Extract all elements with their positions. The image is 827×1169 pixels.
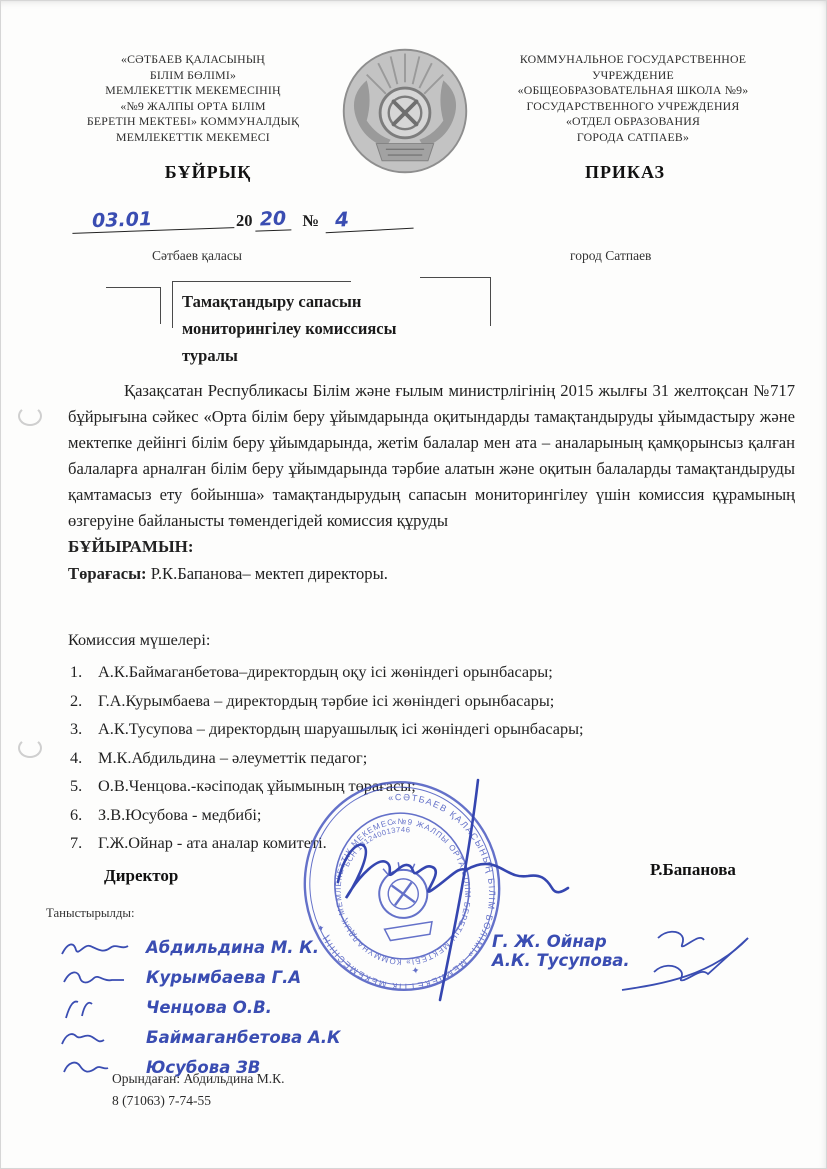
org-line: «ОТДЕЛ ОБРАЗОВАНИЯ (457, 114, 809, 130)
signature-scribble (58, 996, 138, 1027)
scan-artifact (18, 738, 42, 758)
handwritten-name: Ченцова О.В. (146, 998, 272, 1017)
director-name: Р.Бапанова (650, 860, 736, 880)
date-and-number-line: 03.012020№4 (72, 206, 413, 240)
acknowledgement-signatures-right: Г. Ж. Ойнар А.К. Тусупова. (492, 932, 752, 970)
handwritten-name: Абдильдина М. К. (146, 938, 319, 957)
org-line: «СӘТБАЕВ ҚАЛАСЫНЫҢ (48, 52, 338, 68)
place-russian: город Сатпаев (570, 248, 651, 264)
org-line: БЕРЕТІН МЕКТЕБІ» КОММУНАЛДЫҚ (48, 114, 338, 130)
commission-heading: Комиссия мүшелері: (68, 630, 795, 650)
chairman-line: Төрағасы: Р.К.Бапанова– мектеп директоры… (68, 561, 795, 587)
handwritten-date: 03.01 (72, 205, 235, 234)
signature-row: Курымбаева Г.А (58, 968, 388, 994)
commission-member: А.К.Тусупова – директордың шаруашылық іс… (68, 717, 795, 741)
org-line: ГОСУДАРСТВЕННОГО УЧРЕЖДЕНИЯ (457, 99, 809, 115)
acknowledgement-signatures-left: Абдильдина М. К. Курымбаева Г.А Ченцова … (58, 938, 388, 1088)
chairman-value: Р.К.Бапанова– мектеп директоры. (147, 564, 388, 583)
phone-line: 8 (71063) 7-74-55 (112, 1090, 285, 1112)
handwritten-name: Баймаганбетова А.К (146, 1028, 341, 1047)
document-title-kazakh: БҰЙРЫҚ (148, 162, 268, 183)
subject-line: туралы (182, 342, 482, 369)
subject-line: Тамақтандыру сапасын (182, 288, 482, 315)
handwritten-year-suffix: 20 (254, 207, 291, 231)
org-line: КОММУНАЛЬНОЕ ГОСУДАРСТВЕННОЕ (457, 52, 809, 68)
order-word: БҰЙЫРАМЫН: (68, 534, 795, 560)
director-label: Директор (104, 866, 178, 886)
acknowledged-label: Таныстырылды: (46, 906, 135, 921)
handwritten-name: Курымбаева Г.А (146, 968, 301, 987)
signature-scribble (58, 966, 138, 997)
template-corner-mark (106, 287, 161, 324)
printed-year-prefix: 20 (234, 211, 255, 231)
org-line: БІЛІМ БӨЛІМІ» (48, 68, 338, 84)
issuer-org-russian: КОММУНАЛЬНОЕ ГОСУДАРСТВЕННОЕ УЧРЕЖДЕНИЕ … (457, 52, 809, 145)
executor-line: Орындаған: Абдильдина М.К. (112, 1068, 285, 1090)
signature-scribble (562, 924, 752, 1009)
signature-row: Ченцова О.В. (58, 998, 388, 1024)
scan-artifact (18, 406, 42, 426)
signature-scribble (58, 1026, 138, 1057)
org-line: «ОБЩЕОБРАЗОВАТЕЛЬНАЯ ШКОЛА №9» (457, 83, 809, 99)
kazakhstan-coat-of-arms-icon (338, 44, 472, 178)
footer: Орындаған: Абдильдина М.К. 8 (71063) 7-7… (112, 1068, 285, 1112)
commission-member: Г.А.Курымбаева – директордың тәрбие ісі … (68, 689, 795, 713)
org-line: УЧРЕЖДЕНИЕ (457, 68, 809, 84)
scanned-order-document: «СӘТБАЕВ ҚАЛАСЫНЫҢ БІЛІМ БӨЛІМІ» МЕМЛЕКЕ… (0, 0, 827, 1169)
signature-scribble (58, 936, 138, 967)
place-kazakh: Сәтбаев қаласы (152, 248, 242, 264)
subject-line: мониторингілеу комиссиясы (182, 315, 482, 342)
issuer-org-kazakh: «СӘТБАЕВ ҚАЛАСЫНЫҢ БІЛІМ БӨЛІМІ» МЕМЛЕКЕ… (48, 52, 338, 145)
chairman-label: Төрағасы: (68, 564, 147, 583)
signature-row: Баймаганбетова А.К (58, 1028, 388, 1054)
org-line: ГОРОДА САТПАЕВ» (457, 130, 809, 146)
commission-member: А.К.Баймаганбетова–директордың оқу ісі ж… (68, 660, 795, 684)
signature-row: Абдильдина М. К. (58, 938, 388, 964)
order-subject: Тамақтандыру сапасын мониторингілеу коми… (182, 288, 482, 369)
document-title-russian: ПРИКАЗ (565, 162, 685, 183)
org-line: «№9 ЖАЛПЫ ОРТА БІЛІМ (48, 99, 338, 115)
order-body: Қазақсатан Республикасы Білім және ғылым… (68, 378, 795, 587)
number-sign: № (291, 211, 326, 231)
order-paragraph: Қазақсатан Республикасы Білім және ғылым… (68, 378, 795, 534)
org-line: МЕМЛЕКЕТТІК МЕКЕМЕСІНІҢ (48, 83, 338, 99)
handwritten-order-number: 4 (324, 204, 413, 234)
org-line: МЕМЛЕКЕТТІК МЕКЕМЕСІ (48, 130, 338, 146)
